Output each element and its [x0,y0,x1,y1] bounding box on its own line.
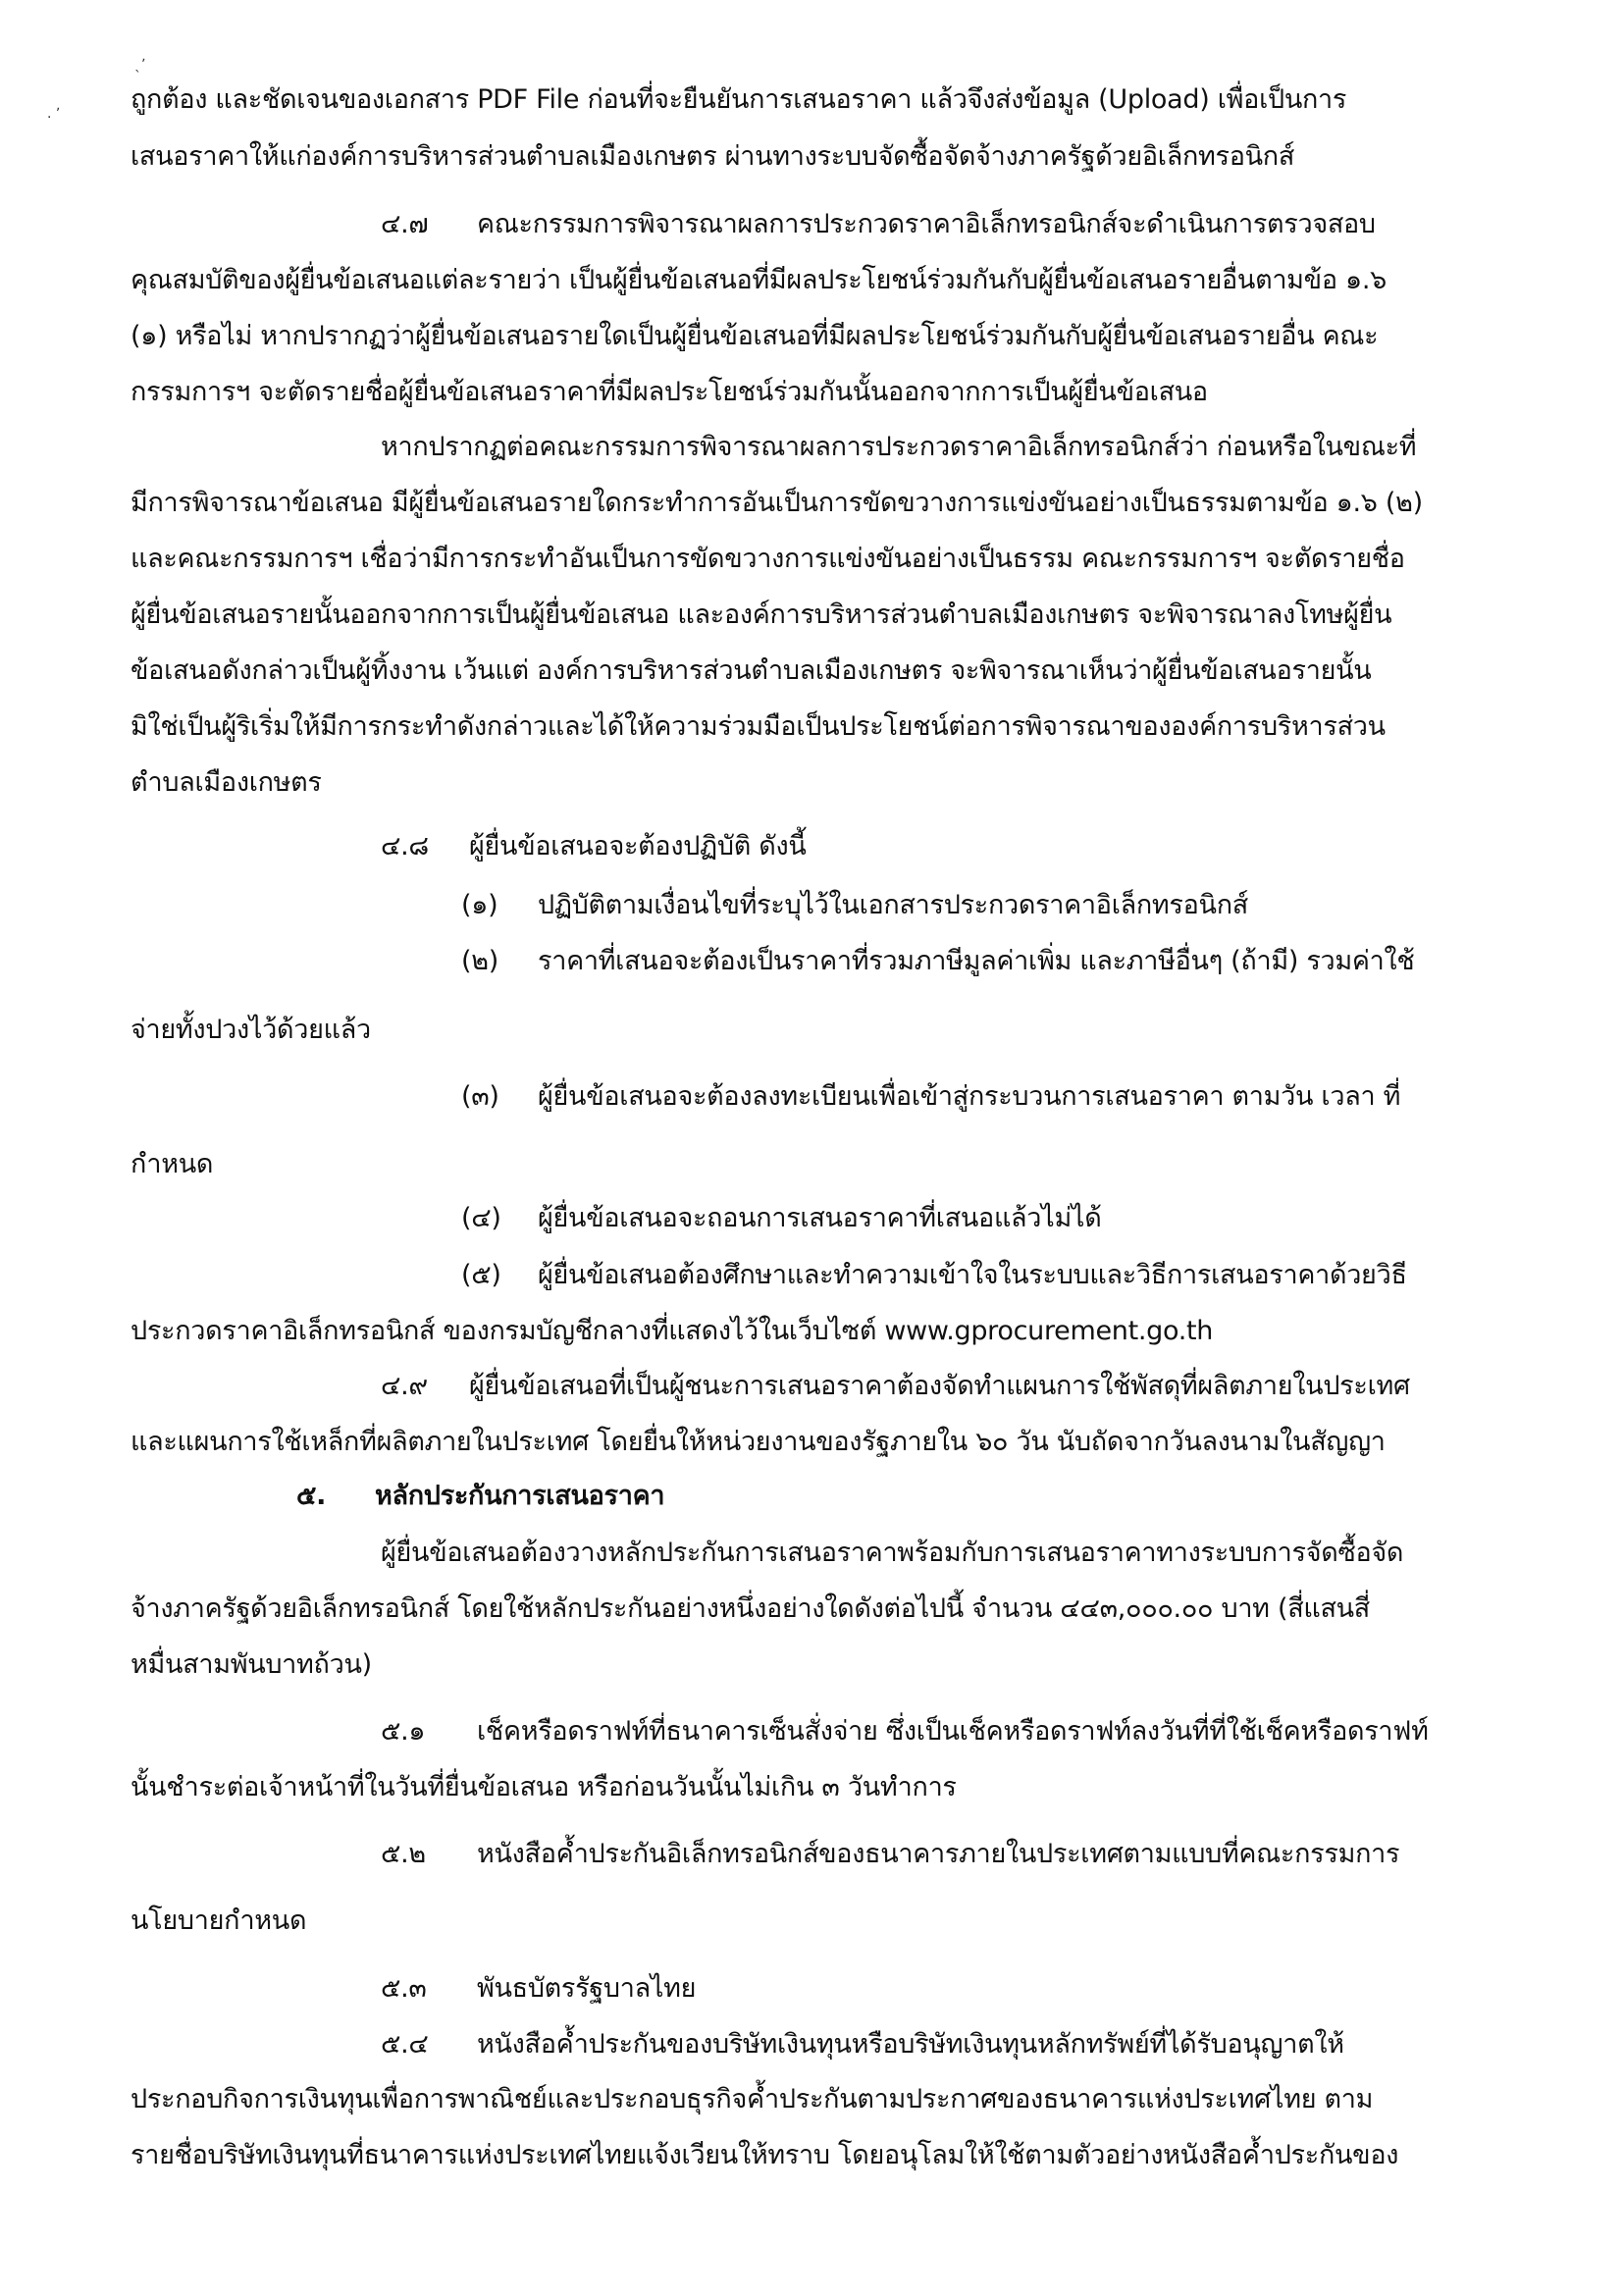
section-5-heading: ๕.หลักประกันการเสนอราคา [296,1477,664,1516]
body-line: กำหนด [131,1145,213,1184]
clause-5-4: ๕.๔หนังสือค้ำประกันของบริษัทเงินทุนหรือบ… [381,2025,1344,2064]
clause-4-7: ๔.๗คณะกรรมการพิจารณาผลการประกวดราคาอิเล็… [381,205,1376,244]
item-number: (๓) [461,1077,538,1117]
clause-5-3: ๕.๓พันธบัตรรัฐบาลไทย [381,1969,696,2009]
sub-item-5: (๕)ผู้ยื่นข้อเสนอต้องศึกษาและทำความเข้าใ… [461,1256,1407,1295]
clause-5-2: ๕.๒หนังสือค้ำประกันอิเล็กทรอนิกส์ของธนาค… [381,1835,1399,1874]
body-line: (๑) หรือไม่ หากปรากฏว่าผู้ยื่นข้อเสนอราย… [131,317,1378,356]
clause-4-8: ๔.๘ผู้ยื่นข้อเสนอจะต้องปฏิบัติ ดังนี้ [381,827,807,866]
section-number: ๕. [296,1477,375,1516]
body-line: มีการพิจารณาข้อเสนอ มีผู้ยื่นข้อเสนอรายใ… [131,484,1423,523]
scan-mark-top: ˎʼ [134,57,145,73]
sub-item-2: (๒)ราคาที่เสนอจะต้องเป็นราคาที่รวมภาษีมู… [461,942,1414,981]
document-page: ˎʼ . ʼ ถูกต้อง และชัดเจนของเอกสาร PDF Fi… [0,0,1623,2296]
body-line: ถูกต้อง และชัดเจนของเอกสาร PDF File ก่อน… [131,80,1346,120]
item-number: (๕) [461,1256,538,1295]
scan-mark-left: . ʼ [47,106,60,122]
body-line: รายชื่อบริษัทเงินทุนที่ธนาคารแห่งประเทศไ… [131,2136,1398,2175]
sub-item-1: (๑)ปฏิบัติตามเงื่อนไขที่ระบุไว้ในเอกสารป… [461,886,1248,925]
body-line: กรรมการฯ จะตัดรายชื่อผู้ยื่นข้อเสนอราคาท… [131,373,1208,412]
body-line: และแผนการใช้เหล็กที่ผลิตภายในประเทศ โดยย… [131,1423,1386,1462]
body-line: จ่ายทั้งปวงไว้ด้วยแล้ว [131,1011,371,1050]
clause-number: ๕.๑ [381,1712,477,1751]
item-number: (๔) [461,1199,538,1238]
body-line: นั้นชำระต่อเจ้าหน้าที่ในวันที่ยื่นข้อเสน… [131,1768,957,1807]
body-line: หมื่นสามพันบาทถ้วน) [131,1645,372,1685]
body-line: ตำบลเมืองเกษตร [131,763,322,803]
clause-number: ๔.๗ [381,205,477,244]
sub-item-3: (๓)ผู้ยื่นข้อเสนอจะต้องลงทะเบียนเพื่อเข้… [461,1077,1400,1117]
clause-5-1: ๕.๑เช็คหรือดราฟท์ที่ธนาคารเซ็นสั่งจ่าย ซ… [381,1712,1429,1751]
body-line: ประกวดราคาอิเล็กทรอนิกส์ ของกรมบัญชีกลาง… [131,1312,1213,1351]
clause-number: ๔.๙ [381,1367,469,1406]
sub-item-4: (๔)ผู้ยื่นข้อเสนอจะถอนการเสนอราคาที่เสนอ… [461,1199,1101,1238]
body-line: ประกอบกิจการเงินทุนเพื่อการพาณิชย์และประ… [131,2080,1373,2119]
body-line: จ้างภาครัฐด้วยอิเล็กทรอนิกส์ โดยใช้หลักป… [131,1590,1370,1629]
clause-number: ๕.๓ [381,1969,477,2009]
item-number: (๒) [461,942,538,981]
clause-number: ๕.๒ [381,1835,477,1874]
clause-number: ๔.๘ [381,827,469,866]
body-line: หากปรากฏต่อคณะกรรมการพิจารณาผลการประกวดร… [381,428,1416,467]
body-line: เสนอราคาให้แก่องค์การบริหารส่วนตำบลเมือง… [131,137,1294,177]
body-line: และคณะกรรมการฯ เชื่อว่ามีการกระทำอันเป็น… [131,540,1405,579]
item-number: (๑) [461,886,538,925]
clause-4-9: ๔.๙ผู้ยื่นข้อเสนอที่เป็นผู้ชนะการเสนอราค… [381,1367,1410,1406]
body-line: มิใช่เป็นผู้ริเริ่มให้มีการกระทำดังกล่าว… [131,707,1386,747]
body-line: ผู้ยื่นข้อเสนอรายนั้นออกจากการเป็นผู้ยื่… [131,596,1391,635]
clause-number: ๕.๔ [381,2025,477,2064]
body-line: นโยบายกำหนด [131,1902,306,1941]
body-line: คุณสมบัติของผู้ยื่นข้อเสนอแต่ละรายว่า เป… [131,261,1387,300]
body-line: ข้อเสนอดังกล่าวเป็นผู้ทิ้งงาน เว้นแต่ อง… [131,652,1371,691]
body-line: ผู้ยื่นข้อเสนอต้องวางหลักประกันการเสนอรา… [381,1534,1403,1573]
